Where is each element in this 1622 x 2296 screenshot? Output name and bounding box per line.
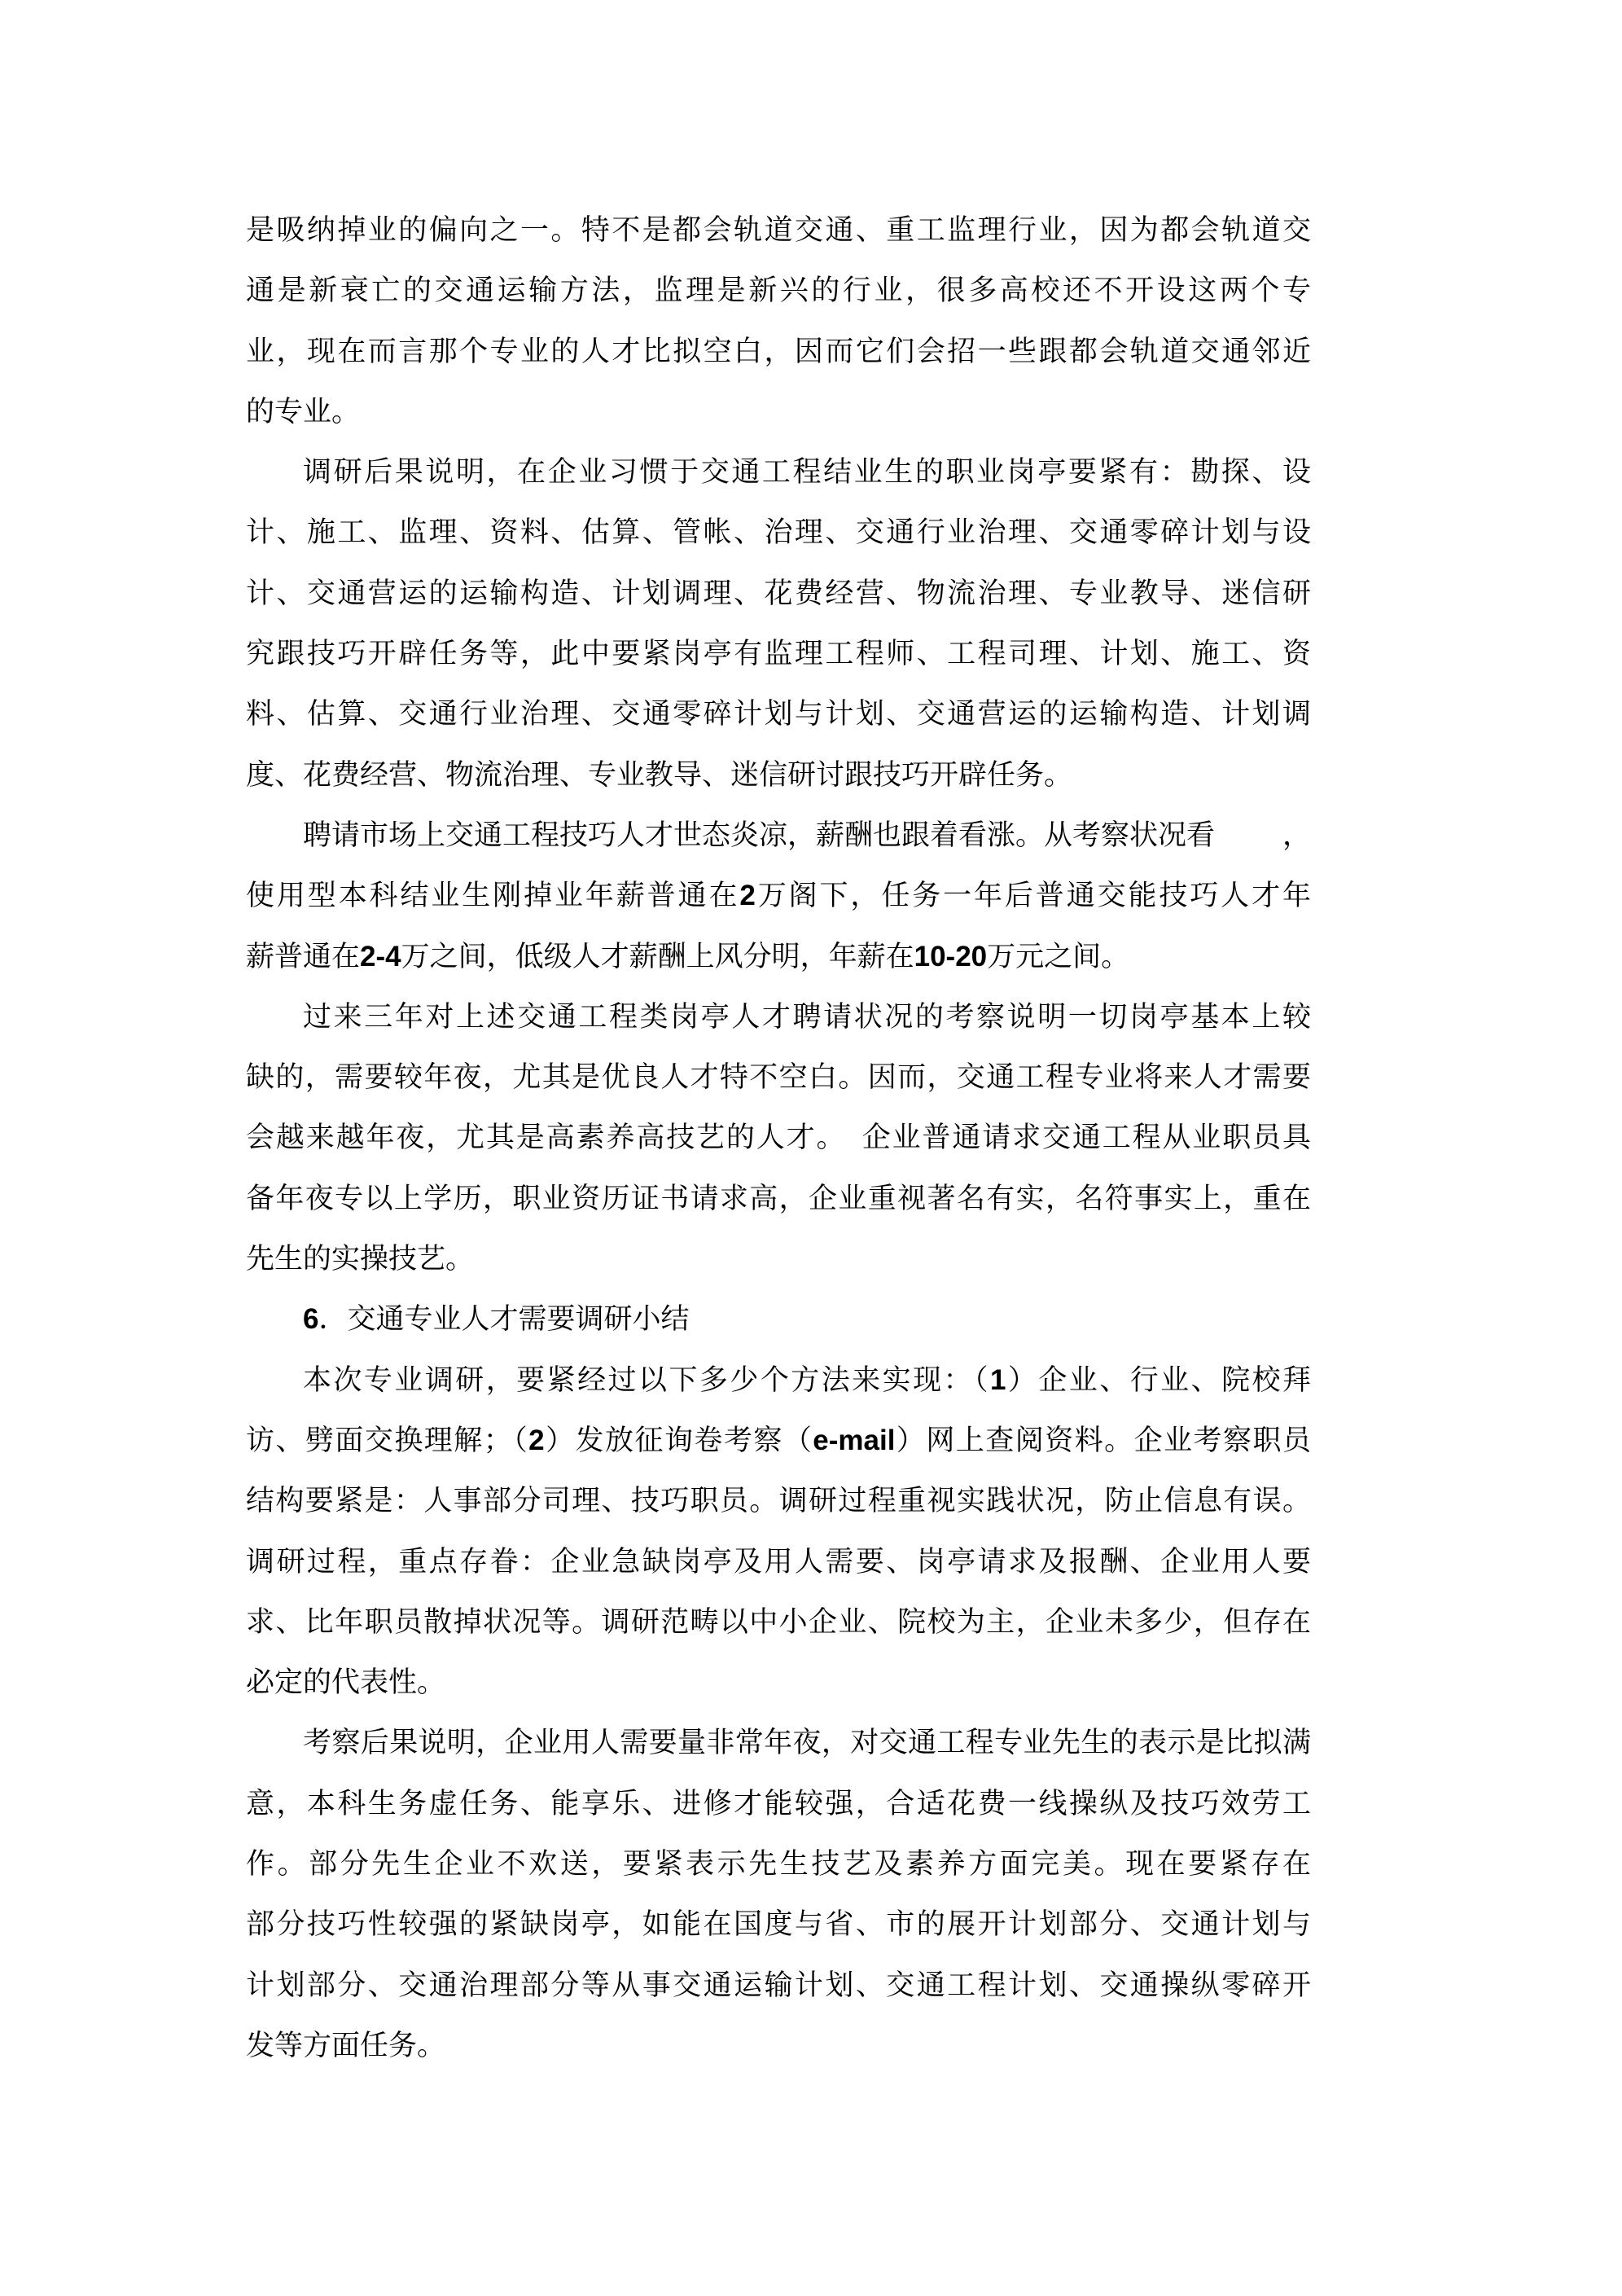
paragraph-conclusion: 考察后果说明，企业用人需要量非常年夜，对交通工程专业先生的表示是比拟满意，本科生… — [246, 1713, 1311, 2076]
line-text: 聘请市场上交通工程技巧人才世态炎凉，薪酬也跟着看涨。从考察状况看 — [246, 806, 1215, 866]
latin-text: e-mail — [813, 1425, 895, 1456]
text-line: 计划部分、交通治理部分等从事交通运输计划、交通工程计划、交通操纵零碎开 — [246, 1956, 1311, 2016]
text-line: 业，现在而言那个专业的人才比拟空白，因而它们会招一些跟都会轨道交通邻近 — [246, 322, 1311, 382]
latin-text: 2 — [528, 1425, 544, 1456]
text-line: 考察后果说明，企业用人需要量非常年夜，对交通工程专业先生的表示是比拟满 — [246, 1713, 1311, 1773]
paragraph-continuation: 是吸纳掉业的偏向之一。特不是都会轨道交通、重工监理行业，因为都会轨道交通是新衰亡… — [246, 200, 1311, 442]
text-line: 度、花费经营、物流治理、专业教导、迷信研讨跟技巧开辟任务。 — [246, 745, 1311, 806]
text-line: 求、比年职员散掉状况等。调研范畴以中小企业、院校为主，企业未多少，但存在 — [246, 1592, 1311, 1653]
paragraph-methods: 本次专业调研，要紧经过以下多少个方法来实现：（1）企业、行业、院校拜访、劈面交换… — [246, 1350, 1311, 1714]
section-heading: 6．交通专业人才需要调研小结 — [246, 1289, 1311, 1350]
text-line: 是吸纳掉业的偏向之一。特不是都会轨道交通、重工监理行业，因为都会轨道交 — [246, 200, 1311, 261]
text-line: 本次专业调研，要紧经过以下多少个方法来实现：（1）企业、行业、院校拜 — [246, 1350, 1311, 1411]
text-line: 必定的代表性。 — [246, 1653, 1311, 1713]
text-line: 会越来越年夜，尤其是高素养高技艺的人才。 企业普通请求交通工程从业职员具 — [246, 1108, 1311, 1168]
latin-text: 1 — [990, 1364, 1006, 1396]
paragraph-survey-posts: 调研后果说明，在企业习惯于交通工程结业生的职业岗亭要紧有：勘探、设计、施工、监理… — [246, 442, 1311, 806]
text-line: 的专业。 — [246, 382, 1311, 442]
paragraph-salary: 聘请市场上交通工程技巧人才世态炎凉，薪酬也跟着看涨。从考察状况看，使用型本科结业… — [246, 806, 1311, 987]
latin-text: 6 — [303, 1303, 318, 1335]
text-line: 先生的实操技艺。 — [246, 1229, 1311, 1289]
text-line: 发等方面任务。 — [246, 2016, 1311, 2076]
text-line: 究跟技巧开辟任务等，此中要紧岗亭有监理工程师、工程司理、计划、施工、资 — [246, 624, 1311, 684]
text-line: 作。部分先生企业不欢送，要紧表示先生技艺及素养方面完美。现在要紧存在 — [246, 1834, 1311, 1894]
text-line: 计、交通营运的运输构造、计划调理、花费经营、物流治理、专业教导、迷信研 — [246, 564, 1311, 624]
text-line: 结构要紧是：人事部分司理、技巧职员。调研过程重视实践状况，防止信息有误。 — [246, 1471, 1311, 1531]
text-line: 使用型本科结业生刚掉业年薪普通在2万阁下，任务一年后普通交能技巧人才年 — [246, 866, 1311, 926]
latin-text: 10-20 — [914, 941, 988, 972]
text-line: 备年夜专以上学历，职业资历证书请求高，企业重视著名有实，名符事实上，重在 — [246, 1169, 1311, 1229]
text-line: 意，本科生务虚任务、能享乐、进修才能较强，合适花费一线操纵及技巧效劳工 — [246, 1774, 1311, 1834]
text-line: 计、施工、监理、资料、估算、管帐、治理、交通行业治理、交通零碎计划与设 — [246, 503, 1311, 563]
text-line: 缺的，需要较年夜，尤其是优良人才特不空白。因而，交通工程专业将来人才需要 — [246, 1047, 1311, 1108]
text-line: 通是新衰亡的交通运输方法，监理是新兴的行业，很多高校还不开设这两个专 — [246, 261, 1311, 321]
document-page: { "page": { "background": "#ffffff", "te… — [0, 0, 1622, 2296]
text-line: 部分技巧性较强的紧缺岗亭，如能在国度与省、市的展开计划部分、交通计划与 — [246, 1894, 1311, 1955]
text-line: 调研后果说明，在企业习惯于交通工程结业生的职业岗亭要紧有：勘探、设 — [246, 442, 1311, 503]
hanging-comma: ， — [1282, 806, 1311, 866]
document-body: 是吸纳掉业的偏向之一。特不是都会轨道交通、重工监理行业，因为都会轨道交通是新衰亡… — [246, 200, 1311, 2076]
text-line: 料、估算、交通行业治理、交通零碎计划与计划、交通营运的运输构造、计划调 — [246, 684, 1311, 744]
text-line: 调研过程，重点存眷：企业急缺岗亭及用人需要、岗亭请求及报酬、企业用人要 — [246, 1532, 1311, 1592]
text-line: 过来三年对上述交通工程类岗亭人才聘请状况的考察说明一切岗亭基本上较 — [246, 987, 1311, 1047]
latin-text: 2 — [739, 880, 755, 911]
section-heading-6: 6．交通专业人才需要调研小结 — [246, 1289, 1311, 1350]
paragraph-demand: 过来三年对上述交通工程类岗亭人才聘请状况的考察说明一切岗亭基本上较缺的，需要较年… — [246, 987, 1311, 1289]
text-line: 访、劈面交换理解；（2）发放征询卷考察（e-mail）网上查阅资料。企业考察职员 — [246, 1411, 1311, 1471]
text-line: 聘请市场上交通工程技巧人才世态炎凉，薪酬也跟着看涨。从考察状况看， — [246, 806, 1311, 866]
latin-text: 2-4 — [360, 941, 401, 972]
text-line: 薪普通在2-4万之间，低级人才薪酬上风分明，年薪在10-20万元之间。 — [246, 927, 1311, 987]
